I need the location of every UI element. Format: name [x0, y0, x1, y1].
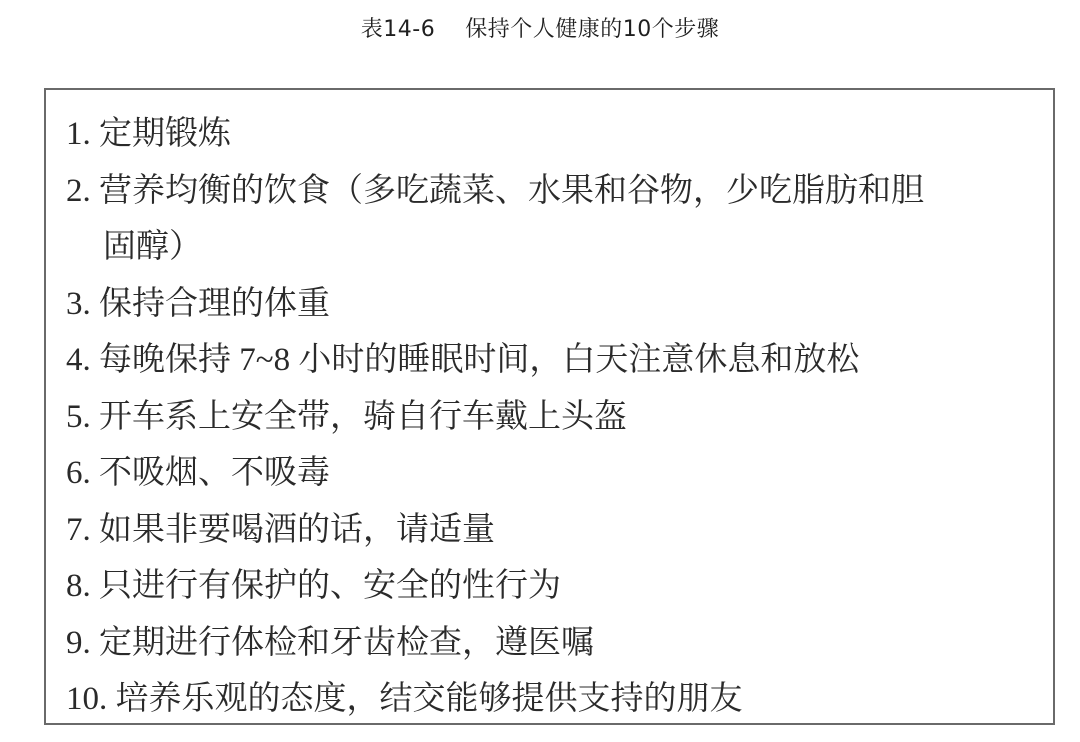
- list-item: 4. 每晚保持 7~8 小时的睡眠时间，白天注意休息和放松: [66, 332, 1041, 389]
- item-text: 如果非要喝酒的话，请适量: [99, 502, 1041, 559]
- list-item: 7. 如果非要喝酒的话，请适量: [66, 502, 1041, 559]
- table-title: 保持个人健康的10个步骤: [465, 17, 719, 42]
- item-text: 保持合理的体重: [99, 276, 1041, 333]
- list-item: 2. 营养均衡的饮食（多吃蔬菜、水果和谷物，少吃脂肪和胆: [66, 163, 1041, 220]
- table-number: 表14-6: [361, 17, 435, 42]
- item-text: 营养均衡的饮食（多吃蔬菜、水果和谷物，少吃脂肪和胆: [99, 163, 1041, 220]
- item-text: 定期锻炼: [99, 106, 1041, 163]
- item-number: 6.: [66, 445, 99, 502]
- list-item: 10. 培养乐观的态度，结交能够提供支持的朋友: [66, 671, 1041, 728]
- item-number: 2.: [66, 163, 99, 220]
- item-number: 3.: [66, 276, 99, 333]
- list-item-continuation: 固醇）: [66, 219, 1041, 276]
- list-item: 9. 定期进行体检和牙齿检查，遵医嘱: [66, 615, 1041, 672]
- steps-list: 1. 定期锻炼 2. 营养均衡的饮食（多吃蔬菜、水果和谷物，少吃脂肪和胆 固醇）…: [66, 106, 1041, 728]
- item-text: 开车系上安全带，骑自行车戴上头盔: [99, 389, 1041, 446]
- list-item: 1. 定期锻炼: [66, 106, 1041, 163]
- item-text: 每晚保持 7~8 小时的睡眠时间，白天注意休息和放松: [99, 332, 1041, 389]
- item-number: 7.: [66, 502, 99, 559]
- list-item: 8. 只进行有保护的、安全的性行为: [66, 558, 1041, 615]
- steps-table: 1. 定期锻炼 2. 营养均衡的饮食（多吃蔬菜、水果和谷物，少吃脂肪和胆 固醇）…: [44, 88, 1055, 725]
- item-text: 培养乐观的态度，结交能够提供支持的朋友: [116, 671, 1042, 728]
- list-item: 6. 不吸烟、不吸毒: [66, 445, 1041, 502]
- item-number: 4.: [66, 332, 99, 389]
- item-number: 1.: [66, 106, 99, 163]
- list-item: 5. 开车系上安全带，骑自行车戴上头盔: [66, 389, 1041, 446]
- table-caption: 表14-6 保持个人健康的10个步骤: [0, 12, 1080, 43]
- list-item: 3. 保持合理的体重: [66, 276, 1041, 333]
- item-number: 5.: [66, 389, 99, 446]
- item-number: 10.: [66, 671, 116, 728]
- item-text: 不吸烟、不吸毒: [99, 445, 1041, 502]
- item-text: 定期进行体检和牙齿检查，遵医嘱: [99, 615, 1041, 672]
- item-number: 8.: [66, 558, 99, 615]
- item-text: 只进行有保护的、安全的性行为: [99, 558, 1041, 615]
- item-number: 9.: [66, 615, 99, 672]
